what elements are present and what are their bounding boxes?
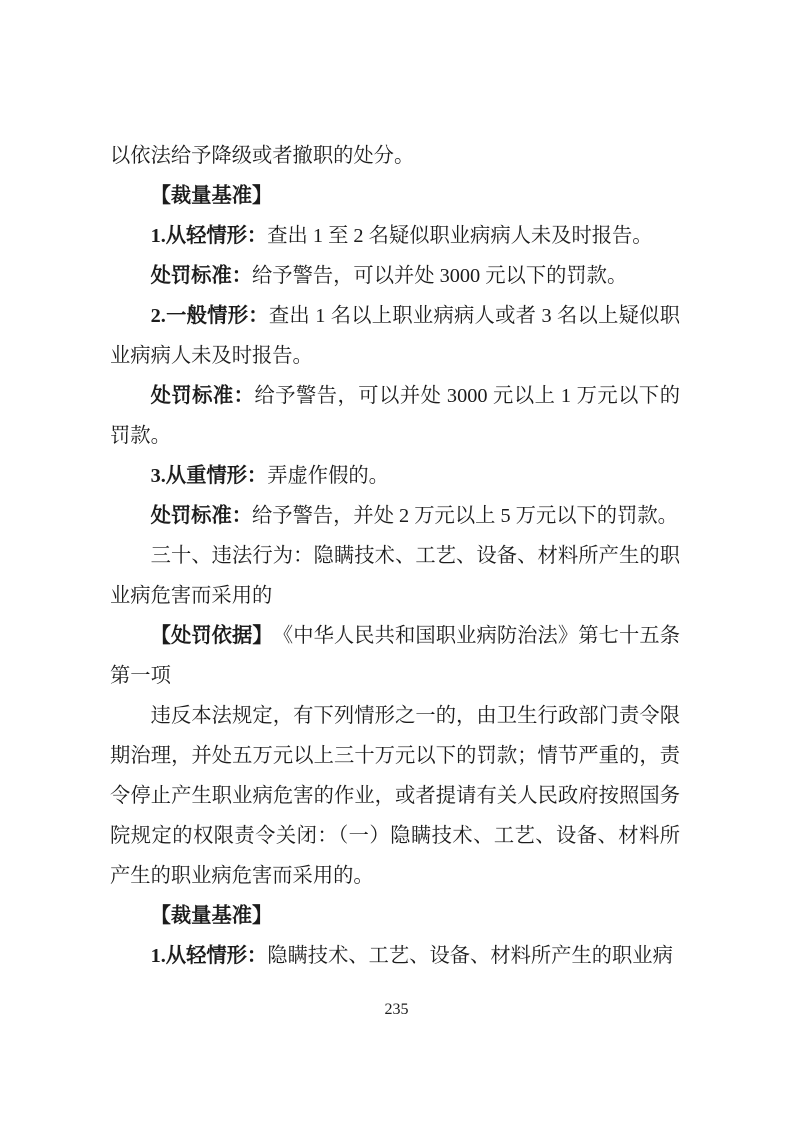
paragraph-lead: 2.一般情形： xyxy=(151,305,269,327)
paragraph-text: 违反本法规定，有下列情形之一的，由卫生行政部门责令限期治理，并处五万元以上三十万… xyxy=(110,705,680,887)
paragraph-text: 三十、违法行为：隐瞒技术、工艺、设备、材料所产生的职业病危害而采用的 xyxy=(110,545,680,607)
paragraph: 处罚标准：给予警告，可以并处 3000 元以上 1 万元以下的罚款。 xyxy=(110,376,680,456)
paragraph: 违反本法规定，有下列情形之一的，由卫生行政部门责令限期治理，并处五万元以上三十万… xyxy=(110,696,680,896)
paragraph-text: 给予警告，并处 2 万元以上 5 万元以下的罚款。 xyxy=(252,505,678,527)
paragraph-lead: 【裁量基准】 xyxy=(151,185,273,207)
paragraph-lead: 处罚标准： xyxy=(151,385,255,407)
page-number: 235 xyxy=(0,1000,793,1020)
paragraph-lead: 处罚标准： xyxy=(151,265,252,287)
paragraph-text: 隐瞒技术、工艺、设备、材料所产生的职业病 xyxy=(267,945,673,967)
document-page: 以依法给予降级或者撤职的处分。 【裁量基准】 1.从轻情形：查出 1 至 2 名… xyxy=(0,0,793,1122)
paragraph: 1.从轻情形：隐瞒技术、工艺、设备、材料所产生的职业病 xyxy=(110,936,680,976)
paragraph-lead: 【处罚依据】 xyxy=(151,625,263,647)
paragraph: 三十、违法行为：隐瞒技术、工艺、设备、材料所产生的职业病危害而采用的 xyxy=(110,536,680,616)
section-heading: 【裁量基准】 xyxy=(110,176,680,216)
paragraph: 处罚标准：给予警告，可以并处 3000 元以下的罚款。 xyxy=(110,256,680,296)
section-heading: 【裁量基准】 xyxy=(110,896,680,936)
paragraph-lead: 【裁量基准】 xyxy=(151,905,273,927)
paragraph-text: 以依法给予降级或者撤职的处分。 xyxy=(110,145,414,167)
paragraph: 【处罚依据】 《中华人民共和国职业病防治法》第七十五条第一项 xyxy=(110,616,680,696)
paragraph: 1.从轻情形：查出 1 至 2 名疑似职业病病人未及时报告。 xyxy=(110,216,680,256)
paragraph-lead: 1.从轻情形： xyxy=(151,225,268,247)
paragraph-text: 弄虚作假的。 xyxy=(267,465,389,487)
paragraph: 处罚标准：给予警告，并处 2 万元以上 5 万元以下的罚款。 xyxy=(110,496,680,536)
paragraph-lead: 处罚标准： xyxy=(151,505,252,527)
paragraph-text: 查出 1 至 2 名疑似职业病病人未及时报告。 xyxy=(267,225,652,247)
paragraph: 3.从重情形：弄虚作假的。 xyxy=(110,456,680,496)
document-body: 以依法给予降级或者撤职的处分。 【裁量基准】 1.从轻情形：查出 1 至 2 名… xyxy=(110,136,680,976)
paragraph: 以依法给予降级或者撤职的处分。 xyxy=(110,136,680,176)
paragraph: 2.一般情形：查出 1 名以上职业病病人或者 3 名以上疑似职业病病人未及时报告… xyxy=(110,296,680,376)
paragraph-lead: 1.从轻情形： xyxy=(151,945,268,967)
paragraph-text: 给予警告，可以并处 3000 元以下的罚款。 xyxy=(252,265,627,287)
paragraph-lead: 3.从重情形： xyxy=(151,465,268,487)
